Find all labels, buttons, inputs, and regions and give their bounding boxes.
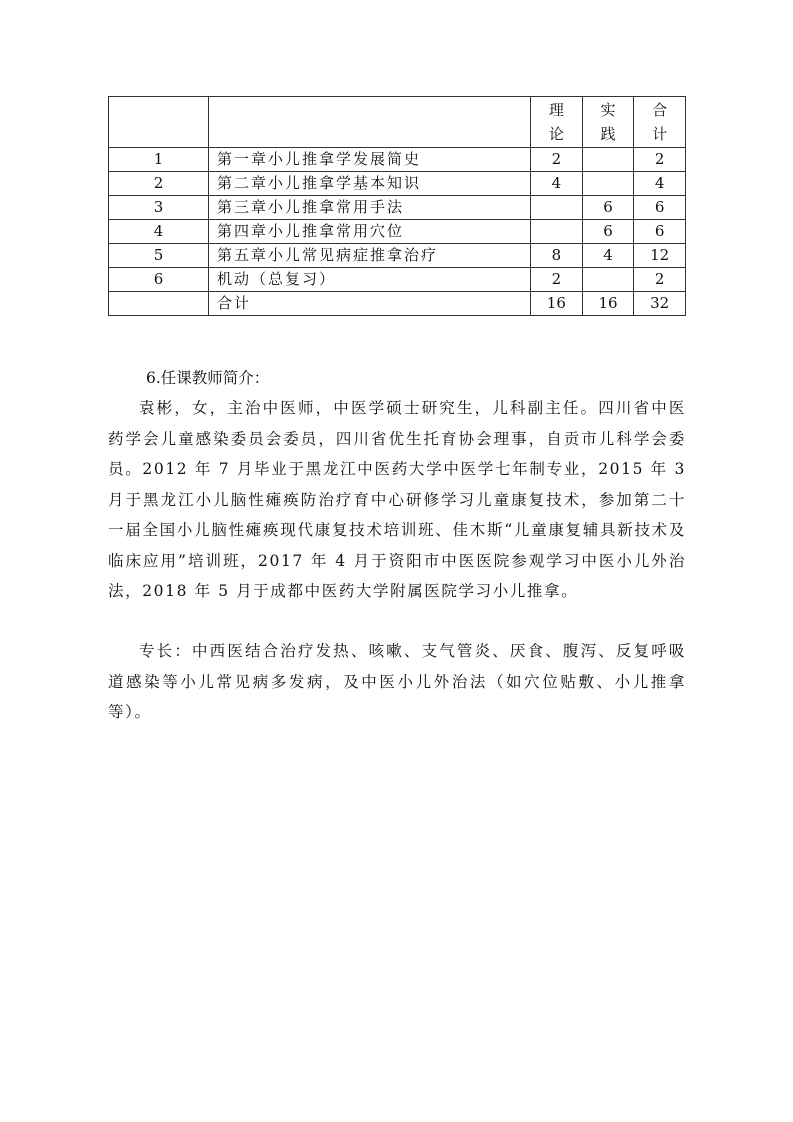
row-theory: 2 [531,148,583,172]
table-total-row: 合计 16 16 32 [109,292,686,316]
header-num [109,97,209,148]
teacher-specialty-paragraph: 专长：中西医结合治疗发热、咳嗽、支气管炎、厌食、腹泻、反复呼吸道感染等小儿常见病… [108,636,686,728]
header-practice-line2: 践 [583,122,634,146]
header-practice-line1: 实 [583,98,634,122]
row-num: 5 [109,244,209,268]
row-title: 第一章小儿推拿学发展简史 [209,148,531,172]
section-heading: 6.任课教师简介： [146,366,724,388]
header-theory: 理论 [531,97,583,148]
table-row: 5 第五章小儿常见病症推拿治疗 8 4 12 [109,244,686,268]
row-title: 第四章小儿推拿常用穴位 [209,220,531,244]
header-title [209,97,531,148]
header-total: 合计 [634,97,686,148]
row-theory [531,220,583,244]
table-row: 6 机动（总复习） 2 2 [109,268,686,292]
row-practice [582,172,634,196]
table-row: 3 第三章小儿推拿常用手法 6 6 [109,196,686,220]
row-total: 32 [634,292,686,316]
row-theory: 4 [531,172,583,196]
course-schedule-table: 理论 实践 合计 1 第一章小儿推拿学发展简史 2 2 2 第二章小儿推拿学基本… [108,96,686,316]
table-header-row: 理论 实践 合计 [109,97,686,148]
row-total: 2 [634,148,686,172]
row-num: 1 [109,148,209,172]
row-total: 4 [634,172,686,196]
row-practice [582,268,634,292]
table-row: 4 第四章小儿推拿常用穴位 6 6 [109,220,686,244]
row-practice: 6 [582,220,634,244]
row-num [109,292,209,316]
row-total: 6 [634,220,686,244]
table-row: 2 第二章小儿推拿学基本知识 4 4 [109,172,686,196]
row-theory [531,196,583,220]
row-title: 第三章小儿推拿常用手法 [209,196,531,220]
row-title: 合计 [209,292,531,316]
teacher-bio-paragraph: 袁彬，女，主治中医师，中医学硕士研究生，儿科副主任。四川省中医药学会儿童感染委员… [108,393,686,607]
row-num: 3 [109,196,209,220]
header-theory-line2: 论 [531,122,582,146]
row-num: 2 [109,172,209,196]
row-num: 6 [109,268,209,292]
row-total: 12 [634,244,686,268]
table-row: 1 第一章小儿推拿学发展简史 2 2 [109,148,686,172]
row-theory: 16 [531,292,583,316]
row-practice: 6 [582,196,634,220]
header-theory-line1: 理 [531,98,582,122]
row-title: 第五章小儿常见病症推拿治疗 [209,244,531,268]
row-title: 机动（总复习） [209,268,531,292]
row-theory: 2 [531,268,583,292]
row-total: 2 [634,268,686,292]
row-theory: 8 [531,244,583,268]
row-total: 6 [634,196,686,220]
header-total-line1: 合 [634,98,685,122]
row-num: 4 [109,220,209,244]
row-practice [582,148,634,172]
row-practice: 16 [582,292,634,316]
row-title: 第二章小儿推拿学基本知识 [209,172,531,196]
header-total-line2: 计 [634,122,685,146]
header-practice: 实践 [582,97,634,148]
row-practice: 4 [582,244,634,268]
